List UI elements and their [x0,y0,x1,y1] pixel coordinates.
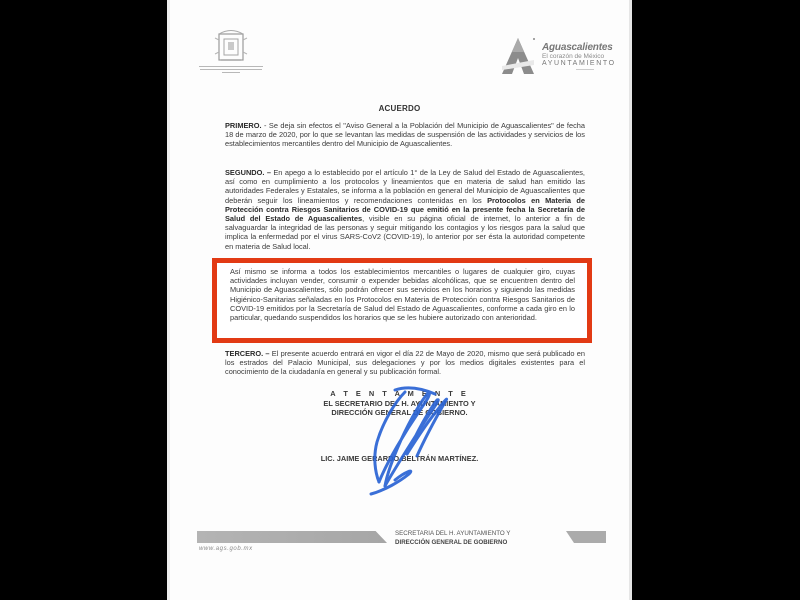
paragraph-segundo: SEGUNDO. – En apego a lo establecido por… [225,168,585,251]
footer-url: www.ags.gob.mx [199,546,253,552]
signature-block: A T E N T A M E N T E EL SECRETARIO DEL … [167,389,632,418]
signer-title-line1: EL SECRETARIO DEL H. AYUNTAMIENTO Y [167,399,632,409]
coat-of-arms-icon [211,28,251,64]
closing-text: A T E N T A M E N T E [167,389,632,399]
signer-name: LIC. JAIME GERARDO BELTRÁN MARTÍNEZ. [167,454,632,463]
signer-title-line2: DIRECCIÓN GENERAL DE GOBIERNO. [167,408,632,418]
paragraph-highlighted: Así mismo se informa a todos los estable… [230,267,575,322]
seal-caption [197,66,265,75]
paragraph-label: PRIMERO. [225,121,262,130]
logo-tagline: El corazón de México [542,53,632,60]
logo-brand: Aguascalientes [542,42,632,53]
paragraph-label: TERCERO. – [225,349,270,358]
footer-department: SECRETARIA DEL H. AYUNTAMIENTO Y DIRECCI… [395,529,510,547]
logo-entity: AYUNTAMIENTO [542,60,632,67]
document-page: Aguascalientes El corazón de México AYUN… [167,0,632,600]
paragraph-primero: PRIMERO. - Se deja sin efectos el "Aviso… [225,121,585,149]
letter-a-logo-icon [498,36,538,76]
footer-dept-line2: DIRECCIÓN GENERAL DE GOBIERNO [395,538,510,547]
footer-decorative-bar [197,531,387,543]
paragraph-text: - Se deja sin efectos el "Aviso General … [225,121,585,148]
paragraph-tercero: TERCERO. – El presente acuerdo entrará e… [225,349,585,377]
footer-dept-line1: SECRETARIA DEL H. AYUNTAMIENTO Y [395,529,510,538]
paragraph-label: SEGUNDO. – [225,168,271,177]
document-title: ACUERDO [167,104,632,113]
paragraph-text: El presente acuerdo entrará en vigor el … [225,349,585,376]
municipal-logo-text: Aguascalientes El corazón de México AYUN… [542,42,632,70]
footer-decorative-bar-right [566,531,606,543]
